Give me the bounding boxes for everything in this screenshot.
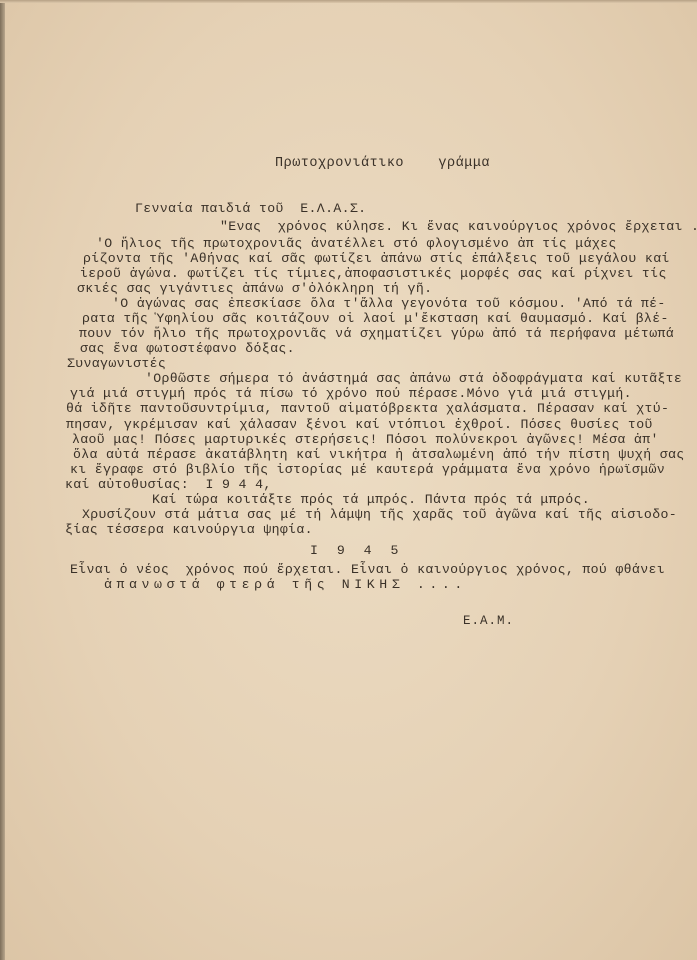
- signature: Ε.Α.Μ.: [463, 614, 514, 628]
- text-line: Συναγωνιστές: [67, 357, 166, 371]
- text-line: "Ενας χρόνος κύλησε. Κι ἕνας καινούργιος…: [220, 220, 697, 234]
- text-line: ξίας τέσσερα καινούργια ψηφία.: [65, 523, 313, 537]
- text-line: Εἶναι ὁ νέος χρόνος πού ἔρχεται. Εἶναι ὁ…: [70, 563, 665, 577]
- text-line: λαοῦ μας! Πόσες μαρτυρικές στερήσεις! Πό…: [72, 433, 659, 447]
- year-1945: I 9 4 5: [310, 544, 404, 558]
- text-line: καί αὐτοθυσίας: I 9 4 4,: [65, 478, 272, 492]
- text-line: ἀπανωστά φτερά τῆς ΝΙΚΗΣ ....: [104, 578, 467, 592]
- paper-top-edge: [0, 0, 697, 3]
- text-line: 'Ορθῶστε σήμερα τό ἀνάστημά σας ἀπάνω στ…: [145, 372, 682, 386]
- text-line: Καί τώρα κοιτάξτε πρός τά μπρός. Πάντα π…: [152, 493, 590, 507]
- text-line: πησαν, γκρέμισαν καί χάλασαν ξένοι καί ν…: [66, 418, 653, 432]
- text-line: πουν τόν ἥλιο τῆς πρωτοχρονιᾶς νά σχηματ…: [79, 327, 674, 341]
- text-line: ὅλα αὐτά πέρασε ἀκατάβλητη καί νικήτρα ἡ…: [73, 448, 685, 462]
- text-line: θά ἰδῆτε παντοῦσυντρίμια, παντοῦ αἱματόβ…: [66, 402, 669, 416]
- text-line: γιά μιά στιγμή πρός τά πίσω τό χρόνο πού…: [70, 387, 632, 401]
- text-line: Χρυσίζουν στά μάτια σας μέ τή λάμψη τῆς …: [82, 508, 677, 522]
- text-line: ἱεροῦ ἀγώνα. φωτίζει τίς τίμιες,ἀποφασισ…: [80, 267, 667, 281]
- text-line: σκιές σας γιγάντιες ἀπάνω σ'ὁλόκληρη τή …: [77, 282, 432, 296]
- text-line: σας ἕνα φωτοστέφανο δόξας.: [80, 342, 295, 356]
- salutation: Γενναία παιδιά τοῦ Ε.Λ.Α.Σ.: [135, 202, 366, 216]
- text-line: κι ἔγραφε στό βιβλίο τῆς ἱστορίας μέ καυ…: [70, 463, 665, 477]
- document-title: Πρωτοχρονιάτικο γράμμα: [275, 157, 490, 171]
- text-line: 'Ο ἥλιος τῆς πρωτοχρονιᾶς ἀνατέλλει στό …: [96, 237, 617, 251]
- text-line: 'Ο ἀγώνας σας ἐπεσκίασε ὅλα τ'ἄλλα γεγον…: [112, 297, 666, 311]
- text-line: ρίζοντα τῆς 'Αθήνας καί σᾶς φωτίζει ἀπάν…: [83, 252, 670, 266]
- text-line: ρατα τῆς Ὑφηλίου σᾶς κοιτάζουν οἱ λαοί μ…: [82, 312, 669, 326]
- paper-left-edge: [0, 0, 5, 960]
